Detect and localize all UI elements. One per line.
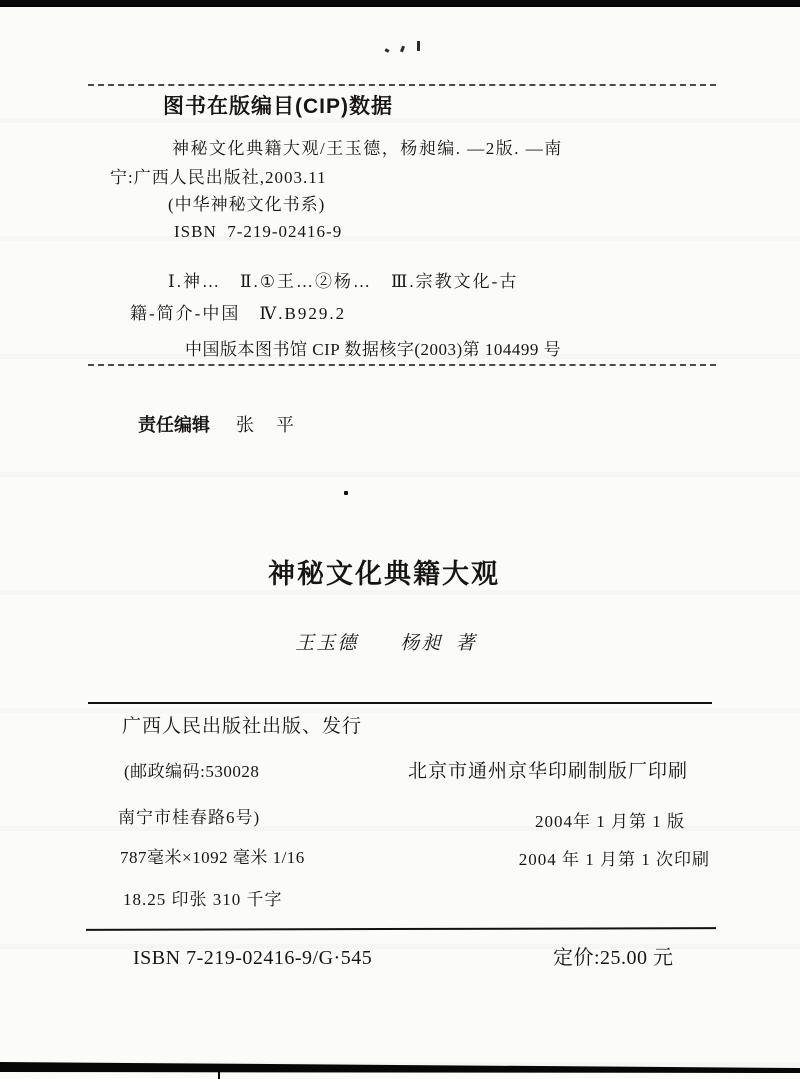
cip-classification-line-1: Ⅰ.神… Ⅱ.①王…②杨… Ⅲ.宗教文化-古 xyxy=(168,271,518,292)
edition-line: 2004年 1 月第 1 版 xyxy=(535,811,685,832)
scan-smudge xyxy=(385,48,390,53)
editor-row: 责任编辑张 平 xyxy=(120,391,296,459)
scan-speckle xyxy=(344,491,348,495)
book-authors: 王玉德 杨昶 著 xyxy=(0,632,772,656)
cip-heading: 图书在版编目(CIP)数据 xyxy=(163,94,393,120)
printing-line: 2004 年 1 月第 1 次印刷 xyxy=(519,849,710,870)
paper-format-line: 787毫米×1092 毫米 1/16 xyxy=(120,847,305,868)
printer-line: 北京市通州京华印刷制版厂印刷 xyxy=(408,760,688,784)
cip-description-line-3: (中华神秘文化书系) xyxy=(168,194,325,215)
scan-bottom-edge xyxy=(0,1056,800,1079)
postal-code-line: (邮政编码:530028 xyxy=(124,761,259,782)
cip-box-top-dashed-rule xyxy=(88,84,716,86)
editor-label: 责任编辑 xyxy=(138,415,210,435)
cip-isbn-line: ISBN 7-219-02416-9 xyxy=(174,221,342,242)
price: 定价:25.00 元 xyxy=(553,946,674,971)
cip-classification-line-2: 籍-简介-中国 Ⅳ.B929.2 xyxy=(130,303,346,324)
colophon-bottom-rule xyxy=(86,927,716,931)
publisher-line: 广西人民出版社出版、发行 xyxy=(122,715,362,739)
scan-smudge xyxy=(400,46,405,53)
scan-top-edge xyxy=(0,0,800,7)
cip-description-line-1: 神秘文化典籍大观/王玉德，杨昶编. —2版. —南 xyxy=(172,138,563,159)
address-line: 南宁市桂春路6号) xyxy=(118,807,260,828)
scan-smudge xyxy=(417,41,420,51)
cip-box-bottom-dashed-rule xyxy=(88,364,716,366)
editor-name: 张 平 xyxy=(236,415,296,435)
cip-record-number: 中国版本图书馆 CIP 数据核字(2003)第 104499 号 xyxy=(185,339,561,360)
colophon-top-rule xyxy=(88,702,712,704)
isbn-footer: ISBN 7-219-02416-9/G·545 xyxy=(133,946,372,971)
sheets-wordcount-line: 18.25 印张 310 千字 xyxy=(123,889,283,910)
book-title: 神秘文化典籍大观 xyxy=(0,558,768,592)
scan-noise-overlay xyxy=(0,0,800,1079)
cip-description-line-2: 宁:广西人民出版社,2003.11 xyxy=(110,167,327,188)
